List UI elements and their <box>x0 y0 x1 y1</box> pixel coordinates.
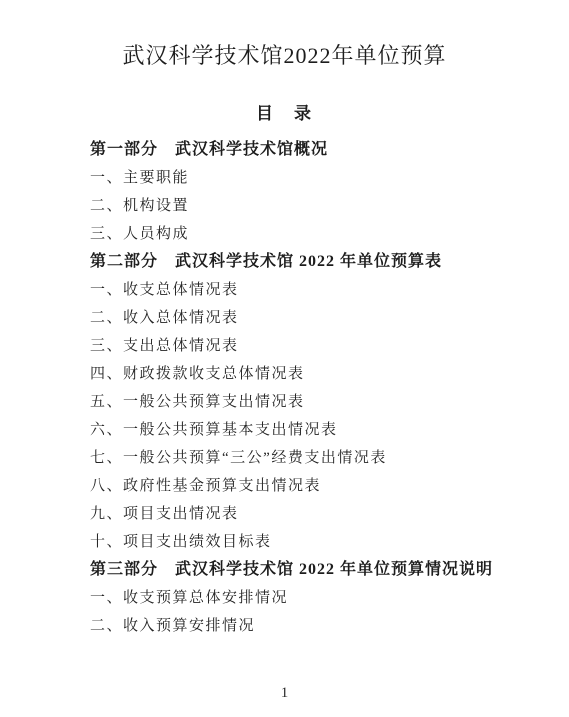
toc-item: 七、一般公共预算“三公”经费支出情况表 <box>90 444 510 472</box>
toc-item: 二、收入预算安排情况 <box>90 612 510 640</box>
toc-heading: 目 录 <box>0 105 569 124</box>
toc-section-heading: 第一部分 武汉科学技术馆概况 <box>90 136 510 164</box>
toc-item: 三、支出总体情况表 <box>90 332 510 360</box>
toc-item: 二、机构设置 <box>90 192 510 220</box>
page-number: 1 <box>0 685 569 702</box>
toc-item: 一、主要职能 <box>90 164 510 192</box>
document-title: 武汉科学技术馆2022年单位预算 <box>0 0 569 69</box>
toc-item: 三、人员构成 <box>90 220 510 248</box>
toc-item: 十、项目支出绩效目标表 <box>90 528 510 556</box>
toc-section-heading: 第二部分 武汉科学技术馆 2022 年单位预算表 <box>90 248 510 276</box>
toc-item: 一、收支总体情况表 <box>90 276 510 304</box>
toc-item: 一、收支预算总体安排情况 <box>90 584 510 612</box>
toc-item: 二、收入总体情况表 <box>90 304 510 332</box>
toc-section-heading: 第三部分 武汉科学技术馆 2022 年单位预算情况说明 <box>90 556 510 584</box>
toc-item: 九、项目支出情况表 <box>90 500 510 528</box>
toc-item: 八、政府性基金预算支出情况表 <box>90 472 510 500</box>
toc-item: 四、财政拨款收支总体情况表 <box>90 360 510 388</box>
toc-item: 五、一般公共预算支出情况表 <box>90 388 510 416</box>
toc-item: 六、一般公共预算基本支出情况表 <box>90 416 510 444</box>
document-page: 武汉科学技术馆2022年单位预算 目 录 第一部分 武汉科学技术馆概况一、主要职… <box>0 0 569 717</box>
toc: 第一部分 武汉科学技术馆概况一、主要职能二、机构设置三、人员构成第二部分 武汉科… <box>90 136 510 640</box>
